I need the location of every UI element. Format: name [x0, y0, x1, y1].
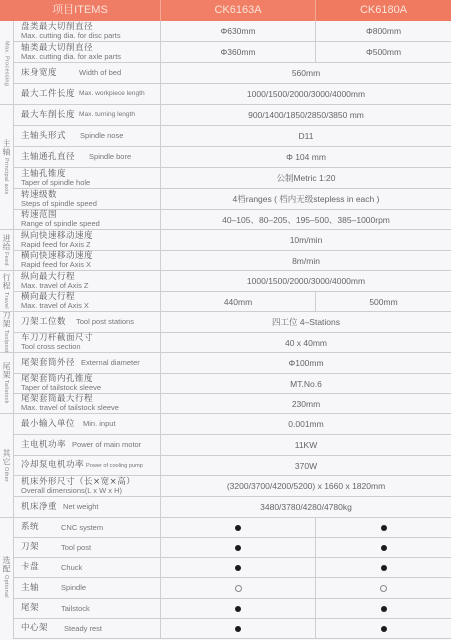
value-model-a: Φ360mm — [161, 42, 316, 62]
row-label-cn: 最大工件长度 — [21, 90, 75, 99]
row-label-en: Net weight — [63, 503, 98, 511]
table-row: 刀架工位数Tool post stations 四工位 4–Stations — [13, 312, 451, 333]
table-row: 横向快速移动速度Rapid feed for Axis X 8m/min — [13, 251, 451, 271]
row-label-en: Max. travel of Axis Z — [21, 282, 160, 290]
optional-row: 中心架Steady rest — [13, 619, 451, 639]
value-shared: 10m/min — [161, 230, 451, 250]
value-shared: 560mm — [161, 63, 451, 83]
value-shared: 8m/min — [161, 251, 451, 270]
row-label-cn: 尾架套筒外径 — [21, 359, 75, 368]
standard-dot-icon — [381, 525, 387, 531]
value-model-b — [316, 558, 451, 577]
value-model-a — [161, 538, 316, 557]
row-label-cn: 最小输入单位 — [21, 420, 75, 429]
optional-row: 主轴Spindle — [13, 578, 451, 599]
value-model-a — [161, 619, 316, 638]
standard-dot-icon — [381, 626, 387, 632]
optional-row: 系统CNC system — [13, 518, 451, 538]
table-row: 最大工件长度Max. workpiece length 1000/1500/20… — [13, 84, 451, 105]
value-shared: 230mm — [161, 394, 451, 413]
group-max-processing: Max. Processing — [0, 21, 13, 105]
group-principal-axis: 主轴Principal axis — [0, 105, 13, 230]
header-model-b: CK6180A — [316, 0, 451, 21]
group-optional: 选配Optional — [0, 518, 13, 636]
row-label-cn: 主轴通孔直径 — [21, 153, 75, 162]
table-row: 机床净重Net weight 3480/3780/4280/4780kg — [13, 497, 451, 518]
value-model-b: 500mm — [316, 292, 451, 311]
value-shared: 3480/3780/4280/4780kg — [161, 497, 451, 517]
group-feed: 进给Feed — [0, 230, 13, 271]
table-row: 最大车削长度Max. turning length 900/1400/1850/… — [13, 105, 451, 126]
standard-dot-icon — [235, 545, 241, 551]
value-shared: 900/1400/1850/2850/3850 mm — [161, 105, 451, 125]
group-other: 其它Other — [0, 414, 13, 518]
value-model-b: Φ500mm — [316, 42, 451, 62]
row-label-en: Taper of tailstock sleeve — [21, 384, 160, 392]
row-label-cn: 尾架 — [21, 604, 39, 613]
row-label-en: Spindle — [61, 584, 86, 592]
group-label-en: Other — [3, 467, 9, 482]
row-label-en: Max. cutting dia. for axle parts — [21, 53, 160, 61]
row-label-cn: 主轴头形式 — [21, 132, 66, 141]
standard-dot-icon — [381, 565, 387, 571]
table-row: 尾架套筒最大行程Max. travel of tailstock sleeve … — [13, 394, 451, 414]
table-row: 横向最大行程Max. travel of Axis X 440mm 500mm — [13, 292, 451, 312]
standard-dot-icon — [235, 606, 241, 612]
table-row: 主电机功率Power of main motor 11KW — [13, 435, 451, 456]
row-label-cn: 最大车削长度 — [21, 111, 75, 120]
table-row: 床身宽度Width of bed 560mm — [13, 63, 451, 84]
row-label-en: Power of cooling pump — [86, 462, 143, 470]
row-label-cn: 中心架 — [21, 624, 48, 633]
table-row: 尾架套筒内孔锥度Taper of tailstock sleeve MT.No.… — [13, 374, 451, 394]
value-model-a: 440mm — [161, 292, 316, 311]
table-row: 冷却泵电机功率Power of cooling pump 370W — [13, 456, 451, 476]
optional-row: 尾架Tailstock — [13, 599, 451, 619]
row-label-en: Power of main motor — [72, 441, 141, 449]
group-label-en: Tailstock — [3, 380, 9, 404]
table-row: 主轴头形式Spindle nose D11 — [13, 126, 451, 147]
row-label-en: Tailstock — [61, 605, 90, 613]
value-model-b — [316, 619, 451, 638]
row-label-cn: 主电机功率 — [21, 441, 66, 450]
value-model-b: Φ800mm — [316, 21, 451, 41]
optional-row: 刀架Tool post — [13, 538, 451, 558]
value-shared: 370W — [161, 456, 451, 475]
group-label-cn: 进给 — [2, 234, 11, 251]
value-shared: 40–105、80–205、195–500、385–1000rpm — [161, 210, 451, 229]
row-label-en: Range of spindle speed — [21, 220, 160, 228]
value-shared: 1000/1500/2000/3000/4000mm — [161, 84, 451, 104]
spec-sheet: 项目ITEMS CK6163A CK6180A Max. Processing … — [0, 0, 451, 640]
group-label-cn: 其它 — [2, 449, 11, 466]
value-model-a — [161, 599, 316, 618]
value-model-b — [316, 518, 451, 537]
row-label-cn: 卡盘 — [21, 563, 39, 572]
row-label-en: Overall dimensions(L x W x H) — [21, 487, 160, 495]
row-label-en: Tool cross section — [21, 343, 160, 351]
value-shared: Φ 104 mm — [161, 147, 451, 167]
row-label-en: Max. cutting dia. for disc parts — [21, 32, 160, 40]
group-label-en: Toolpost — [3, 330, 9, 353]
row-label-en: Max. workpiece length — [79, 90, 145, 98]
row-label-en: Width of bed — [79, 69, 121, 77]
row-label-en: Spindle nose — [80, 132, 123, 140]
value-shared: D11 — [161, 126, 451, 146]
row-label-en: Tool post stations — [76, 318, 134, 326]
table-row: 尾架套筒外径External diameter Φ100mm — [13, 353, 451, 374]
row-label-en: Max. travel of tailstock sleeve — [21, 404, 160, 412]
value-shared: 公制Metric 1:20 — [161, 168, 451, 188]
row-label-en: External diameter — [81, 359, 140, 367]
group-label-cn: 尾架 — [2, 362, 11, 379]
row-label-cn: 刀架工位数 — [21, 318, 66, 327]
value-shared: MT.No.6 — [161, 374, 451, 393]
standard-dot-icon — [381, 545, 387, 551]
standard-dot-icon — [235, 525, 241, 531]
table-row: 纵向最大行程Max. travel of Axis Z 1000/1500/20… — [13, 271, 451, 292]
table-row: 主轴孔锥度Taper of spindle hole 公制Metric 1:20 — [13, 168, 451, 189]
group-label-en: Principal axis — [3, 158, 9, 195]
value-model-b — [316, 578, 451, 598]
value-shared: 4档ranges ( 档内无级stepless in each ) — [161, 189, 451, 209]
value-shared: (3200/3700/4200/5200) x 1660 x 1820mm — [161, 476, 451, 496]
standard-dot-icon — [235, 626, 241, 632]
row-label-en: Rapid feed for Axis Z — [21, 241, 160, 249]
group-label-en: Max. Processing — [4, 41, 10, 86]
table-row: 轴类最大切削直径Max. cutting dia. for axle parts… — [13, 42, 451, 63]
row-label-cn: 冷却泵电机功率 — [21, 461, 84, 470]
optional-row: 卡盘Chuck — [13, 558, 451, 578]
header-model-a: CK6163A — [161, 0, 316, 21]
row-label-en: Steps of spindle speed — [21, 200, 160, 208]
table-row: 转速范围Range of spindle speed 40–105、80–205… — [13, 210, 451, 230]
group-label-cn: 行程 — [2, 273, 11, 290]
value-shared: 11KW — [161, 435, 451, 455]
group-label-en: Optional — [3, 575, 9, 598]
group-travel: 行程Travel — [0, 271, 13, 312]
value-model-a — [161, 578, 316, 598]
value-model-a — [161, 518, 316, 537]
optional-circle-icon — [235, 585, 242, 592]
table-row: 盘类最大切削直径Max. cutting dia. for disc parts… — [13, 21, 451, 42]
table-row: 转速级数Steps of spindle speed 4档ranges ( 档内… — [13, 189, 451, 210]
value-model-b — [316, 599, 451, 618]
group-tailstock: 尾架Tailstock — [0, 353, 13, 414]
value-model-a — [161, 558, 316, 577]
header-items: 项目ITEMS — [0, 0, 161, 21]
table-row: 纵向快速移动速度Rapid feed for Axis Z 10m/min — [13, 230, 451, 251]
row-label-en: Spindle bore — [89, 153, 131, 161]
group-label-cn: 刀架 — [2, 311, 11, 328]
row-label-cn: 床身宽度 — [21, 69, 57, 78]
optional-circle-icon — [380, 585, 387, 592]
value-model-a: Φ630mm — [161, 21, 316, 41]
table-row: 机床外形尺寸（长×宽×高）Overall dimensions(L x W x … — [13, 476, 451, 497]
row-label-en: Steady rest — [64, 625, 102, 633]
row-label-en: Taper of spindle hole — [21, 179, 160, 187]
row-label-en: CNC system — [61, 524, 103, 532]
value-model-b — [316, 538, 451, 557]
row-label-en: Tool post — [61, 544, 91, 552]
row-label-cn: 机床净重 — [21, 503, 57, 512]
value-shared: 40 x 40mm — [161, 333, 451, 352]
standard-dot-icon — [235, 565, 241, 571]
value-shared: 四工位 4–Stations — [161, 312, 451, 332]
table-row: 车刀刀杆截面尺寸Tool cross section 40 x 40mm — [13, 333, 451, 353]
value-shared: Φ100mm — [161, 353, 451, 373]
row-label-en: Max. travel of Axis X — [21, 302, 160, 310]
value-shared: 0.001mm — [161, 414, 451, 434]
group-toolpost: 刀架Toolpost — [0, 312, 13, 353]
value-shared: 1000/1500/2000/3000/4000mm — [161, 271, 451, 291]
table-row: 最小输入单位Min. input 0.001mm — [13, 414, 451, 435]
table-row: 主轴通孔直径Spindle bore Φ 104 mm — [13, 147, 451, 168]
row-label-en: Rapid feed for Axis X — [21, 261, 160, 269]
group-label-en: Feed — [3, 252, 9, 266]
table-header: 项目ITEMS CK6163A CK6180A — [0, 0, 451, 21]
row-label-en: Chuck — [61, 564, 82, 572]
group-label-cn: 主轴 — [2, 139, 11, 156]
row-label-cn: 系统 — [21, 523, 39, 532]
row-label-en: Min. input — [83, 420, 116, 428]
row-label-cn: 主轴 — [21, 584, 39, 593]
row-label-cn: 刀架 — [21, 543, 39, 552]
group-label-en: Travel — [3, 292, 9, 309]
row-label-en: Max. turning length — [79, 111, 135, 119]
standard-dot-icon — [381, 606, 387, 612]
group-label-cn: 选配 — [2, 556, 11, 573]
